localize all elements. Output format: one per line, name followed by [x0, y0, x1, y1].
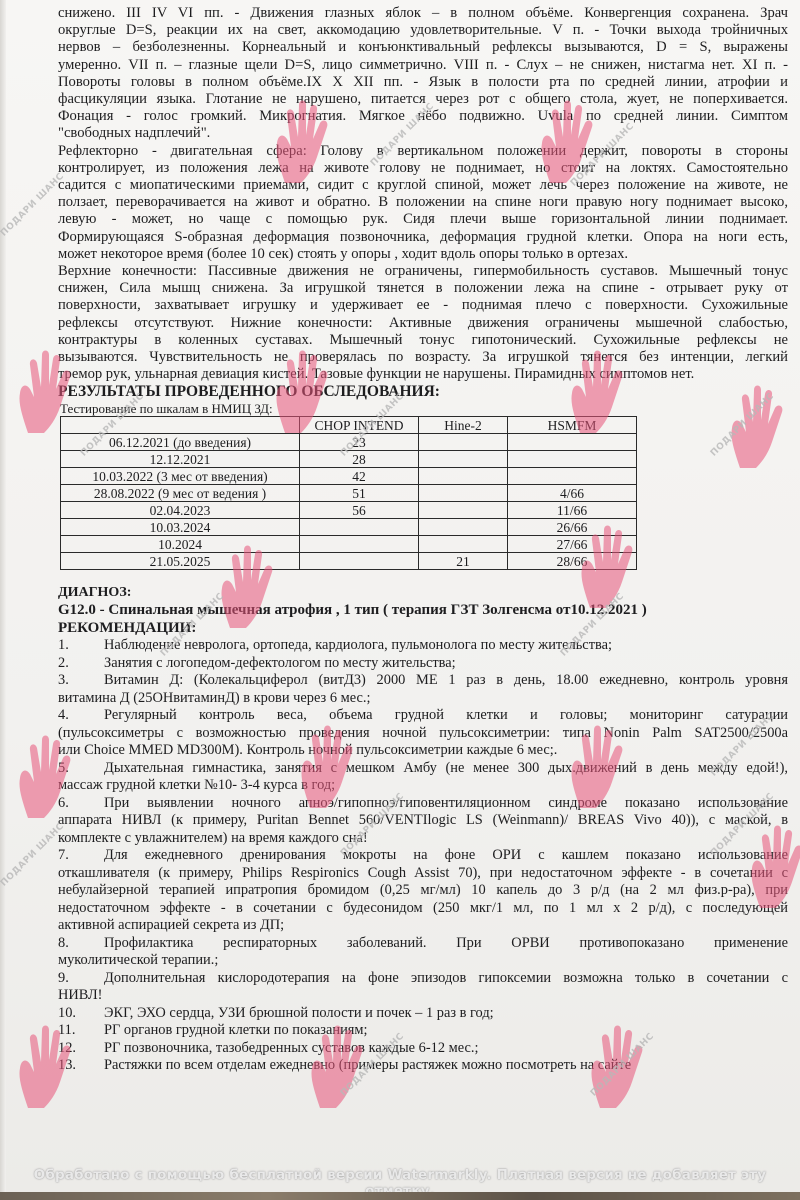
score-cell [419, 485, 508, 502]
recommendation-item: 3.Витамин Д: (Колекальциферол (витД3) 20… [58, 672, 788, 707]
item-continuation-line: аппарата НИВЛ (к примеру, Puritan Bennet… [58, 812, 788, 830]
text-line: контрактуры в коленных суставах. Мышечны… [58, 332, 788, 349]
item-number: 3. [58, 672, 104, 690]
recommendations-list: 1.Наблюдение невролога, ортопеда, кардио… [58, 637, 788, 1075]
item-first-line: 13.Растяжки по всем отделам ежедневно (п… [58, 1057, 788, 1075]
score-cell: 51 [300, 485, 419, 502]
score-cell: 27/66 [508, 536, 637, 553]
column-header: HSMFM [508, 417, 637, 434]
table-surface [0, 1192, 800, 1200]
table-header-row: CHOP INTENDHine-2HSMFM [61, 417, 637, 434]
stamp-watermark-text: ПОДАРИ ШАНС [0, 171, 66, 238]
score-cell [300, 519, 419, 536]
item-first-line: 5.Дыхательная гимнастика, занятия с мешк… [58, 760, 788, 778]
neuro-status-paragraph: снижено. III IV VI пп. - Движения глазны… [58, 5, 788, 143]
item-first-line: 2.Занятия с логопедом-дефектологом по ме… [58, 655, 788, 673]
item-continuation-line: НИВЛ! [58, 987, 788, 1005]
limbs-paragraph: Верхние конечности: Пассивные движения н… [58, 263, 788, 383]
results-heading: РЕЗУЛЬТАТЫ ПРОВЕДЕННОГО ОБСЛЕДОВАНИЯ: [58, 383, 788, 400]
text-line: снижено. III IV VI пп. - Движения глазны… [58, 5, 788, 22]
recommendation-item: 7.Для ежедневного дренирования мокроты н… [58, 847, 788, 935]
text-line: тремор рук, ульнарная девиация кистей. Т… [58, 366, 788, 383]
score-cell: 28/66 [508, 553, 637, 570]
item-continuation-line: витамина Д (25ОНвитаминД) в крови через … [58, 690, 788, 708]
score-cell: 28 [300, 451, 419, 468]
item-number: 9. [58, 970, 104, 988]
item-first-line: 12.РГ позвоночника, тазобедренных сустав… [58, 1040, 788, 1058]
item-number: 5. [58, 760, 104, 778]
text-line: нервов – безболезненны. Корнеальный и ко… [58, 39, 788, 56]
item-first-line: 3.Витамин Д: (Колекальциферол (витД3) 20… [58, 672, 788, 690]
recommendation-item: 13.Растяжки по всем отделам ежедневно (п… [58, 1057, 788, 1075]
date-cell: 28.08.2022 (9 мес от ведения ) [61, 485, 300, 502]
date-cell: 02.04.2023 [61, 502, 300, 519]
item-number: 2. [58, 655, 104, 673]
motor-sphere-paragraph: Рефлекторно - двигательная сфера: Голову… [58, 143, 788, 263]
table-row: 10.202427/66 [61, 536, 637, 553]
document-content: снижено. III IV VI пп. - Движения глазны… [58, 5, 788, 1075]
document-page: снижено. III IV VI пп. - Движения глазны… [0, 0, 800, 1200]
item-continuation-line: небулайзерной терапией ипратропия бромид… [58, 882, 788, 900]
score-cell [419, 502, 508, 519]
item-number: 7. [58, 847, 104, 865]
item-continuation-line: муколитической терапии.; [58, 952, 788, 970]
item-number: 12. [58, 1040, 104, 1058]
recommendation-item: 11.РГ органов грудной клетки по показани… [58, 1022, 788, 1040]
date-cell: 10.2024 [61, 536, 300, 553]
item-continuation-line: активной аспирацией секрета из ДП; [58, 917, 788, 935]
paper-edge [0, 0, 6, 1200]
recommendation-item: 2.Занятия с логопедом-дефектологом по ме… [58, 655, 788, 673]
item-first-line: 11.РГ органов грудной клетки по показани… [58, 1022, 788, 1040]
date-cell: 12.12.2021 [61, 451, 300, 468]
score-cell: 42 [300, 468, 419, 485]
text-line: Повороты головы в полном объёме.IX X XII… [58, 74, 788, 91]
table-row: 12.12.202128 [61, 451, 637, 468]
item-number: 8. [58, 935, 104, 953]
column-header: Hine-2 [419, 417, 508, 434]
score-cell [300, 536, 419, 553]
recommendation-item: 8.Профилактика респираторных заболеваний… [58, 935, 788, 970]
score-cell [419, 434, 508, 451]
item-number: 6. [58, 795, 104, 813]
recommendation-item: 4.Регулярный контроль веса, объема грудн… [58, 707, 788, 760]
score-cell [508, 434, 637, 451]
date-cell: 10.03.2022 (3 мес от введения) [61, 468, 300, 485]
table-row: 10.03.2022 (3 мес от введения)42 [61, 468, 637, 485]
recommendation-item: 5.Дыхательная гимнастика, занятия с мешк… [58, 760, 788, 795]
footer-watermark: Обработано с помощью бесплатной версии W… [0, 1167, 800, 1187]
recommendation-item: 6.При выявлении ночного апноэ/гипопноэ/г… [58, 795, 788, 848]
item-first-line: 1.Наблюдение невролога, ортопеда, кардио… [58, 637, 788, 655]
score-cell [419, 451, 508, 468]
item-continuation-line: откашливателя (к примеру, Philips Respir… [58, 865, 788, 883]
text-line: фасцикуляции языка. Глотание не нарушено… [58, 91, 788, 108]
item-first-line: 10.ЭКГ, ЭХО сердца, УЗИ брюшной полости … [58, 1005, 788, 1023]
item-number: 1. [58, 637, 104, 655]
text-line: Рефлекторно - двигательная сфера: Голову… [58, 143, 788, 160]
item-number: 4. [58, 707, 104, 725]
text-line: контролирует, из положения лежа на живот… [58, 160, 788, 177]
item-continuation-line: комплекте с увлажнителем) на время каждо… [58, 830, 788, 848]
date-cell: 06.12.2021 (до введения) [61, 434, 300, 451]
column-header: CHOP INTEND [300, 417, 419, 434]
score-cell [508, 468, 637, 485]
text-line: снижен, Сила мышц снижена. За игрушкой т… [58, 280, 788, 297]
item-first-line: 7.Для ежедневного дренирования мокроты н… [58, 847, 788, 865]
item-continuation-line: (пульсоксиметры с возможностью проведени… [58, 725, 788, 743]
text-line: ползает, переворачивается на живот и обр… [58, 194, 788, 211]
item-continuation-line: или Choice MMED MD300M). Контроль ночной… [58, 742, 788, 760]
recommendation-item: 10.ЭКГ, ЭХО сердца, УЗИ брюшной полости … [58, 1005, 788, 1023]
diagnosis-text: G12.0 - Спинальная мышечная атрофия , 1 … [58, 601, 788, 619]
date-cell: 10.03.2024 [61, 519, 300, 536]
score-cell [300, 553, 419, 570]
score-cell: 4/66 [508, 485, 637, 502]
score-cell: 56 [300, 502, 419, 519]
score-cell [419, 468, 508, 485]
date-cell: 21.05.2025 [61, 553, 300, 570]
recommendation-item: 9.Дополнительная кислородотерапия на фон… [58, 970, 788, 1005]
table-row: 06.12.2021 (до введения)23 [61, 434, 637, 451]
recommendation-item: 12.РГ позвоночника, тазобедренных сустав… [58, 1040, 788, 1058]
text-line: рефлексы отсутствуют. Нижние конечности:… [58, 315, 788, 332]
text-line: садится с миопатическими приемами, сидит… [58, 177, 788, 194]
item-first-line: 9.Дополнительная кислородотерапия на фон… [58, 970, 788, 988]
item-first-line: 6.При выявлении ночного апноэ/гипопноэ/г… [58, 795, 788, 813]
text-line: может некоторое время (более 10 сек) сто… [58, 246, 788, 263]
table-row: 28.08.2022 (9 мес от ведения )514/66 [61, 485, 637, 502]
text-line: Фонация - голос громкий. Микрогнатия. Мя… [58, 108, 788, 125]
item-first-line: 8.Профилактика респираторных заболеваний… [58, 935, 788, 953]
column-header [61, 417, 300, 434]
recommendation-item: 1.Наблюдение невролога, ортопеда, кардио… [58, 637, 788, 655]
text-line: левую - может, но чаще с помощью рук. Си… [58, 211, 788, 228]
item-continuation-line: массаж грудной клетки №10- 3-4 курса в г… [58, 777, 788, 795]
text-line: Верхние конечности: Пассивные движения н… [58, 263, 788, 280]
item-number: 11. [58, 1022, 104, 1040]
item-first-line: 4.Регулярный контроль веса, объема грудн… [58, 707, 788, 725]
score-cell: 11/66 [508, 502, 637, 519]
table-row: 21.05.20252128/66 [61, 553, 637, 570]
recommendations-label: РЕКОМЕНДАЦИИ: [58, 619, 788, 637]
item-number: 13. [58, 1057, 104, 1075]
score-cell [508, 451, 637, 468]
stamp-watermark-text: ПОДАРИ ШАНС [0, 821, 66, 888]
item-continuation-line: недостаточном эффекте - в сочетании с бу… [58, 900, 788, 918]
score-cell: 26/66 [508, 519, 637, 536]
table-row: 02.04.20235611/66 [61, 502, 637, 519]
text-line: "свободных надплечий". [58, 125, 788, 142]
table-row: 10.03.202426/66 [61, 519, 637, 536]
text-line: вызываются. Чувствительность не проверял… [58, 349, 788, 366]
text-line: поверхности, захватывает игрушку и удерж… [58, 297, 788, 314]
score-cell: 21 [419, 553, 508, 570]
text-line: Формирующаяся S-образная деформация позв… [58, 229, 788, 246]
text-line: умеренно. VII п. – глазные щели D=S, лиц… [58, 57, 788, 74]
text-line: округлые D=S, реакции их на свет, аккомо… [58, 22, 788, 39]
score-cell: 23 [300, 434, 419, 451]
scales-caption: Тестирование по шкалам в НМИЦ ЗД: [60, 401, 788, 416]
diagnosis-label: ДИАГНОЗ: [58, 584, 788, 601]
score-cell [419, 519, 508, 536]
item-number: 10. [58, 1005, 104, 1023]
score-cell [419, 536, 508, 553]
scale-scores-table: CHOP INTENDHine-2HSMFM 06.12.2021 (до вв… [60, 416, 637, 570]
